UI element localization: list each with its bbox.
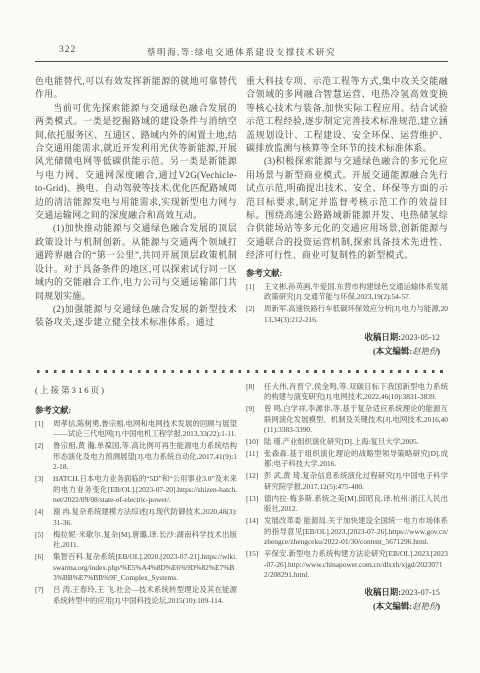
reference-number: [9] (246, 404, 264, 436)
reference-text: 辛保安.新型电力系统构建方法论研究[EB/OL].2023.[2023-07-2… (264, 549, 448, 581)
reference-text: 王文彬,孙英画,牛爱国.东营市构建绿色交通运输体系发展政策研究[J].交通节能与… (264, 282, 448, 303)
reference-text: 吕 涛,王春玲,王 飞.社会—技术系统转型理论及其在能源系统转型中的应用[J].… (53, 585, 237, 606)
received-date-line: 收稿日期:2023-07-15 (246, 586, 440, 600)
editor-line: (本文编辑:赵艳份) (246, 600, 440, 614)
paragraph: 重大科技专项、示范工程等方式,集中攻关交能融合领域的多网融合智慧运营、电热冷氢高… (246, 75, 448, 155)
reference-text: 陆 瑾.产业组织演化研究[D].上海:复旦大学,2005. (264, 437, 448, 448)
reference-item: [15] 辛保安.新型电力系统构建方法论研究[EB/OL].2023.[2023… (246, 549, 448, 581)
reference-text: 梅拉妮·米歇尔.复杂[M].唐璐,译.长沙:湖南科学技术出版社,2011. (53, 530, 237, 551)
received-label: 收稿日期: (365, 333, 401, 342)
received-date-line: 收稿日期:2023-05-12 (246, 331, 440, 345)
reference-item: [1] 王文彬,孙英画,牛爱国.东营市构建绿色交通运输体系发展政策研究[J].交… (246, 282, 448, 303)
reference-item: [2] 鲁宗相,黄 瀚,单葆国,等.高比例可再生能源电力系统结构形态演化及电力预… (35, 441, 237, 473)
editor-prefix: (本文编辑: (373, 602, 412, 611)
editor-prefix: (本文编辑: (373, 347, 412, 356)
reference-item: [4] 谢 冉.复杂系统建模方法综述[J].现代防御技术,2020,48(3):… (35, 507, 237, 528)
continuation-note: (上接第316页) (35, 384, 237, 396)
reference-number: [12] (246, 471, 264, 492)
reference-text: 谢 冉.复杂系统建模方法综述[J].现代防御技术,2020,48(3):31-3… (53, 507, 237, 528)
reference-text: 鲁宗相,黄 瀚,单葆国,等.高比例可再生能源电力系统结构形态演化及电力预测展望[… (53, 441, 237, 473)
paragraph: 当前可优先探索能源与交通绿色融合发展的两类模式。一类是挖掘路域的建设条件与消纳空… (35, 102, 237, 223)
article-left-column: 色电能替代,可以有效发挥新能源的就地可靠替代作用。 当前可优先探索能源与交通绿色… (35, 75, 237, 330)
reference-number: [6] (35, 552, 53, 584)
received-label: 收稿日期: (365, 588, 401, 597)
reference-item: [9] 曾 鸣,白学祥,李源非,等.基于复杂适应系统理论的能源互联网演化发展模型… (246, 404, 448, 436)
reference-text: 集智百科.复杂系统[EB/OL].2020.[2023-07-21].https… (53, 552, 237, 584)
page-header: 322 蔡明海,等:绿电交通体系建设支撑技术研究 (35, 44, 448, 59)
dotted-divider (37, 370, 446, 373)
reference-number: [7] (35, 585, 53, 606)
references-list-main: [1] 王文彬,孙英画,牛爱国.东营市构建绿色交通运输体系发展政策研究[J].交… (246, 282, 448, 326)
received-date: 2023-07-15 (401, 588, 440, 597)
reference-item: [2] 周新军.高速铁路行车低碳环保效应分析[J].电力与能源,2013,34(… (246, 304, 448, 325)
editor-suffix: ) (437, 347, 440, 356)
reference-number: [11] (246, 449, 264, 470)
paragraph: 色电能替代,可以有效发挥新能源的就地可靠替代作用。 (35, 75, 237, 102)
header-rule (35, 61, 448, 62)
reference-text: 周孝信,陈树勇,鲁宗相.电网和电网技术发展的回顾与展望——试论三代电网[J].中… (53, 419, 237, 440)
reference-item: [3] HATCH.日本电力业务面临的“5D”和“公用事业3.0”及未来的电力业… (35, 474, 237, 506)
reference-number: [1] (35, 419, 53, 440)
article-body: 色电能替代,可以有效发挥新能源的就地可靠替代作用。 当前可优先探索能源与交通绿色… (35, 75, 448, 359)
editor-line: (本文编辑:赵艳份) (246, 345, 440, 359)
reference-text: 曾 鸣,白学祥,李源非,等.基于复杂适应系统理论的能源互联网演化发展模型、机制及… (264, 404, 448, 436)
reference-number: [5] (35, 530, 53, 551)
continued-left-column: (上接第316页) 参考文献: [1] 周孝信,陈树勇,鲁宗相.电网和电网技术发… (35, 382, 237, 608)
references-list-left: [1] 周孝信,陈树勇,鲁宗相.电网和电网技术发展的回顾与展望——试论三代电网[… (35, 419, 237, 607)
reference-item: [1] 周孝信,陈树勇,鲁宗相.电网和电网技术发展的回顾与展望——试论三代电网[… (35, 419, 237, 440)
paragraph: (3)积极探索能源与交通绿色融合的多元化应用场景与新型商业模式。开展交通能源融合… (246, 155, 448, 262)
reference-number: [4] (35, 507, 53, 528)
reference-item: [14] 发展改革委 能源局.关于加快建设全国统一电力市场体系的指导意见[EB/… (246, 516, 448, 548)
article-right-column: 重大科技专项、示范工程等方式,集中攻关交能融合领域的多网融合智慧运营、电热冷氢高… (246, 75, 448, 359)
continued-right-column: [8] 任大伟,肖晋宁,侯金鸣,等.双碳目标下我国新型电力系统的构建与演变研究[… (246, 382, 448, 615)
reference-item: [10] 陆 瑾.产业组织演化研究[D].上海:复旦大学,2005. (246, 437, 448, 448)
references-heading: 参考文献: (246, 267, 448, 279)
reference-item: [5] 梅拉妮·米歇尔.复杂[M].唐璐,译.长沙:湖南科学技术出版社,2011… (35, 530, 237, 551)
continued-meta: 收稿日期:2023-07-15 (本文编辑:赵艳份) (246, 586, 448, 614)
reference-text: 任大伟,肖晋宁,侯金鸣,等.双碳目标下我国新型电力系统的构建与演变研究[J].电… (264, 382, 448, 403)
reference-number: [14] (246, 516, 264, 548)
reference-number: [2] (35, 441, 53, 473)
reference-item: [11] 张森森.基于组织演化理论的战略型领导策略研究[D].成都:电子科技大学… (246, 449, 448, 470)
reference-text: 德内拉·梅多斯.系统之美[M].邱昭良,译.杭州:浙江人民出版社,2012. (264, 494, 448, 515)
reference-number: [8] (246, 382, 264, 403)
reference-number: [2] (246, 304, 264, 325)
reference-number: [3] (35, 474, 53, 506)
reference-number: [13] (246, 494, 264, 515)
reference-item: [7] 吕 涛,王春玲,王 飞.社会—技术系统转型理论及其在能源系统转型中的应用… (35, 585, 237, 606)
received-date: 2023-05-12 (401, 333, 440, 342)
reference-item: [8] 任大伟,肖晋宁,侯金鸣,等.双碳目标下我国新型电力系统的构建与演变研究[… (246, 382, 448, 403)
continued-section: (上接第316页) 参考文献: [1] 周孝信,陈树勇,鲁宗相.电网和电网技术发… (35, 382, 448, 615)
reference-item: [12] 彭 武,黄 琦.复杂信息系统演化过程研究[J].中国电子科学研究院学报… (246, 471, 448, 492)
references-heading: 参考文献: (35, 404, 237, 416)
reference-text: 发展改革委 能源局.关于加快建设全国统一电力市场体系的指导意见[EB/OL].2… (264, 516, 448, 548)
reference-number: [15] (246, 549, 264, 581)
reference-text: 张森森.基于组织演化理论的战略型领导策略研究[D].成都:电子科技大学,2016… (264, 449, 448, 470)
article-meta: 收稿日期:2023-05-12 (本文编辑:赵艳份) (246, 331, 448, 359)
running-title: 蔡明海,等:绿电交通体系建设支撑技术研究 (35, 46, 448, 58)
reference-item: [13] 德内拉·梅多斯.系统之美[M].邱昭良,译.杭州:浙江人民出版社,20… (246, 494, 448, 515)
reference-text: 彭 武,黄 琦.复杂信息系统演化过程研究[J].中国电子科学研究院学报,2017… (264, 471, 448, 492)
paragraph: (2)加强能源与交通绿色融合发展的新型技术装备攻关,逐步建立健全技术标准体系。通… (35, 303, 237, 330)
paper-page: 322 蔡明海,等:绿电交通体系建设支撑技术研究 色电能替代,可以有效发挥新能源… (0, 0, 480, 673)
paragraph: (1)加快推动能源与交通绿色融合发展的顶层政策设计与机制创新。从能源与交通两个领… (35, 222, 237, 302)
editor-name: 赵艳份 (412, 602, 437, 611)
reference-number: [1] (246, 282, 264, 303)
references-list-right: [8] 任大伟,肖晋宁,侯金鸣,等.双碳目标下我国新型电力系统的构建与演变研究[… (246, 382, 448, 582)
editor-name: 赵艳份 (412, 347, 437, 356)
reference-text: HATCH.日本电力业务面临的“5D”和“公用事业3.0”及未来的电力业务变化[… (53, 474, 237, 506)
reference-number: [10] (246, 437, 264, 448)
editor-suffix: ) (437, 602, 440, 611)
reference-text: 周新军.高速铁路行车低碳环保效应分析[J].电力与能源,2013,34(3):2… (264, 304, 448, 325)
reference-item: [6] 集智百科.复杂系统[EB/OL].2020.[2023-07-21].h… (35, 552, 237, 584)
